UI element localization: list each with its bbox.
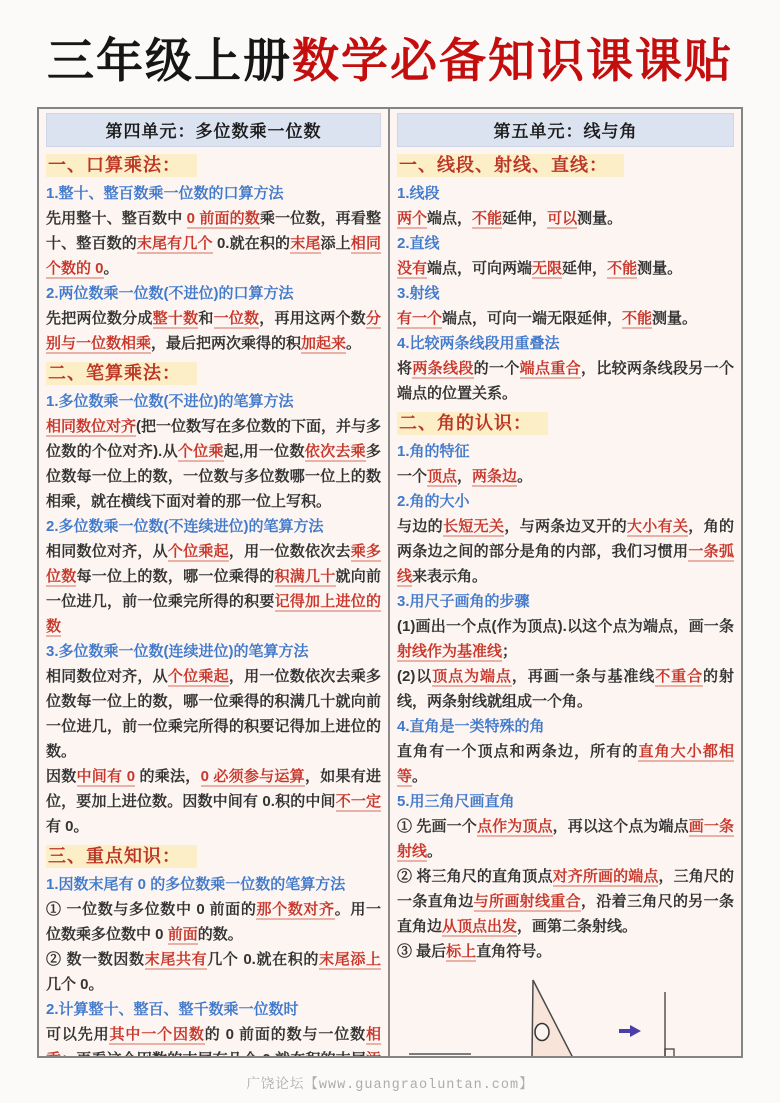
section-heading-text: 二、笔算乘法： xyxy=(46,362,197,385)
section-heading: 一、线段、射线、直线： xyxy=(397,151,734,179)
body-text: 的一个 xyxy=(474,360,520,377)
keyword-highlight: 末尾添上 xyxy=(319,951,381,970)
paragraph: ③ 最后标上直角符号。 xyxy=(397,939,734,964)
body-text: 每一位上的数，哪一位乘得的 xyxy=(76,568,274,585)
keyword-highlight: 前面 xyxy=(168,926,198,945)
paragraph: 两个端点，不能延伸，可以测量。 xyxy=(397,206,734,231)
subheading: 2.两位数乘一位数(不进位)的口算方法 xyxy=(46,281,381,306)
body-text: 一个 xyxy=(397,468,427,485)
body-text: 的 0 前面的数与一位数 xyxy=(205,1026,366,1043)
keyword-highlight: 标上 xyxy=(446,943,476,962)
diagram-svg xyxy=(397,974,735,1056)
subheading: 1.多位数乘一位数(不进位)的笔算方法 xyxy=(46,389,381,414)
content-panel: 第四单元：多位数乘一位数 一、口算乘法：1.整十、整百数乘一位数的口算方法先用整… xyxy=(37,107,743,1058)
body-text: 的乘法， xyxy=(135,768,200,785)
keyword-highlight: 不能 xyxy=(622,310,652,329)
paragraph: 先把两位数分成整十数和一位数，再用这两个数分别与一位数相乘，最后把两次乘得的积加… xyxy=(46,306,381,356)
paragraph: 相同数位对齐，从个位乘起，用一位数依次去乘多位数每一位上的数，哪一位乘得的积满几… xyxy=(46,664,381,764)
subheading: 2.角的大小 xyxy=(397,489,734,514)
body-text: ， xyxy=(457,468,472,485)
body-text: 起,用一位数 xyxy=(224,443,305,460)
body-text: 相同数位对齐，从 xyxy=(46,668,168,685)
body-text: 延伸， xyxy=(502,210,547,227)
page: { "title": { "black": "三年级上册", "red": "数… xyxy=(0,0,780,1103)
paragraph: (2)以顶点为端点，再画一条与基准线不重合的射线，两条射线就组成一个角。 xyxy=(397,664,734,714)
body-text: 的数。 xyxy=(198,926,243,943)
body-text: 因数 xyxy=(46,768,77,785)
body-text: ；再看这个因数的末尾有几个 0.就在积的末尾 xyxy=(61,1051,366,1056)
body-text: 直角有一个顶点和两条边，所有的 xyxy=(397,743,638,760)
keyword-highlight: 末尾 xyxy=(290,235,320,254)
subheading: 1.因数末尾有 0 的多位数乘一位数的笔算方法 xyxy=(46,872,381,897)
keyword-highlight: 一位数 xyxy=(214,310,260,329)
paragraph: 与边的长短无关，与两条边叉开的大小有关，角的两条边之间的部分是角的内部，我们习惯… xyxy=(397,514,734,589)
paragraph: 可以先用其中一个因数的 0 前面的数与一位数相乘；再看这个因数的末尾有几个 0.… xyxy=(46,1022,381,1056)
body-text: ，再以这个点为端点 xyxy=(553,818,689,835)
paragraph: 将两条线段的一个端点重合，比较两条线段另一个端点的位置关系。 xyxy=(397,356,734,406)
column-unit5: 第五单元：线与角 一、线段、射线、直线：1.线段两个端点，不能延伸，可以测量。2… xyxy=(390,109,741,1056)
body-text: 测量。 xyxy=(577,210,622,227)
body-text: 来表示角。 xyxy=(412,568,487,585)
keyword-highlight: 相同数位对齐 xyxy=(46,418,136,437)
unit5-blocks: 一、线段、射线、直线：1.线段两个端点，不能延伸，可以测量。2.直线没有端点，可… xyxy=(397,151,734,964)
subheading: 4.比较两条线段用重叠法 xyxy=(397,331,734,356)
subheading: 2.直线 xyxy=(397,231,734,256)
keyword-highlight: 顶点为端点 xyxy=(432,668,512,687)
subheading: 4.直角是一类特殊的角 xyxy=(397,714,734,739)
subheading: 1.整十、整百数乘一位数的口算方法 xyxy=(46,181,381,206)
keyword-highlight: 0 前面的数 xyxy=(187,210,260,229)
keyword-highlight: 顶点 xyxy=(427,468,457,487)
body-text: ① 先画一个 xyxy=(397,818,477,835)
footer-watermark: 广饶论坛【www.guangraoluntan.com】 xyxy=(0,1072,780,1093)
keyword-highlight: 有一个 xyxy=(397,310,442,329)
body-text: ② 数一数因数 xyxy=(46,951,145,968)
body-text: (2)以 xyxy=(397,668,432,685)
section-heading-text: 二、角的认识： xyxy=(397,412,548,435)
body-text: ① 一位数与多位数中 0 前面的 xyxy=(46,901,256,918)
subheading: 3.多位数乘一位数(连续进位)的笔算方法 xyxy=(46,639,381,664)
page-title-subject: 数学必备知识课课贴 xyxy=(292,36,733,88)
keyword-highlight: 其中一个因数 xyxy=(109,1026,204,1045)
paragraph: 相同数位对齐(把一位数写在多位数的下面，并与多位数的个位对齐).从个位乘起,用一… xyxy=(46,414,381,514)
keyword-highlight: 整十数 xyxy=(153,310,199,329)
keyword-highlight: 中间有 0 xyxy=(77,768,136,787)
keyword-highlight: 个位乘起 xyxy=(168,668,229,687)
unit5-header: 第五单元：线与角 xyxy=(397,113,734,147)
paragraph: 没有端点，可向两端无限延伸，不能测量。 xyxy=(397,256,734,281)
body-text: 端点， xyxy=(427,210,472,227)
section-heading-text: 一、口算乘法： xyxy=(46,154,197,177)
paragraph: 先用整十、整百数中 0 前面的数乘一位数，再看整十、整百数的末尾有几个 0.就在… xyxy=(46,206,381,281)
body-text: 。 xyxy=(104,260,119,277)
body-text: 和 xyxy=(198,310,213,327)
body-text: 0.就在积的 xyxy=(213,235,291,252)
column-unit4: 第四单元：多位数乘一位数 一、口算乘法：1.整十、整百数乘一位数的口算方法先用整… xyxy=(39,109,390,1056)
keyword-highlight: 无限 xyxy=(532,260,562,279)
keyword-highlight: 点作为顶点 xyxy=(477,818,553,837)
body-text: 。 xyxy=(517,468,532,485)
keyword-highlight: 从顶点出发 xyxy=(442,918,517,937)
body-text: ，与两条边叉开的 xyxy=(504,518,627,535)
body-text: ； xyxy=(502,643,517,660)
keyword-highlight: 两个 xyxy=(397,210,427,229)
body-text: ，最后把两次乘得的积 xyxy=(151,335,301,352)
section-heading: 一、口算乘法： xyxy=(46,151,381,179)
right-angle-icon xyxy=(665,992,727,1056)
paragraph: 有一个端点，可向一端无限延伸，不能测量。 xyxy=(397,306,734,331)
body-text: (1)画出一个点(作为顶点).以这个点为端点，画一条 xyxy=(397,618,734,635)
body-text: 直角符号。 xyxy=(476,943,551,960)
keyword-highlight: 不重合 xyxy=(655,668,703,687)
body-text: ，再画一条与基准线 xyxy=(512,668,655,685)
body-text: 将 xyxy=(397,360,412,377)
subheading: 5.用三角尺画直角 xyxy=(397,789,734,814)
paragraph: ② 将三角尺的直角顶点对齐所画的端点，三角尺的一条直角边与所画射线重合，沿着三角… xyxy=(397,864,734,939)
subheading: 1.角的特征 xyxy=(397,439,734,464)
body-text: 端点，可向两端 xyxy=(427,260,532,277)
keyword-highlight: 0 必须参与运算 xyxy=(201,768,305,787)
keyword-highlight: 两条边 xyxy=(472,468,517,487)
keyword-highlight: 射线作为基准线 xyxy=(397,643,502,662)
body-text: 可以先用 xyxy=(46,1026,109,1043)
keyword-highlight: 依次去乘 xyxy=(305,443,366,462)
body-text: 测量。 xyxy=(637,260,682,277)
section-heading: 二、角的认识： xyxy=(397,409,734,437)
keyword-highlight: 不能 xyxy=(472,210,502,229)
subheading: 3.射线 xyxy=(397,281,734,306)
keyword-highlight: 可以 xyxy=(547,210,577,229)
section-heading-text: 三、重点知识： xyxy=(46,845,197,868)
body-text: 先把两位数分成 xyxy=(46,310,153,327)
body-text: 添上 xyxy=(321,235,351,252)
section-heading: 三、重点知识： xyxy=(46,842,381,870)
body-text: 测量。 xyxy=(652,310,697,327)
subheading: 3.用尺子画角的步骤 xyxy=(397,589,734,614)
paragraph: ② 数一数因数末尾共有几个 0.就在积的末尾添上几个 0。 xyxy=(46,947,381,997)
keyword-highlight: 个位乘起 xyxy=(168,543,229,562)
triangle-ruler-icon xyxy=(532,980,573,1056)
keyword-highlight: 不能 xyxy=(607,260,637,279)
body-text: 先用整十、整百数中 xyxy=(46,210,187,227)
body-text: 。 xyxy=(346,335,361,352)
arrow-right-icon xyxy=(619,1025,641,1037)
subheading: 2.计算整十、整百、整千数乘一位数时 xyxy=(46,997,381,1022)
keyword-highlight: 加起来 xyxy=(301,335,346,354)
paragraph: 一个顶点，两条边。 xyxy=(397,464,734,489)
body-text: 有 0。 xyxy=(46,818,89,835)
body-text: 延伸， xyxy=(562,260,607,277)
keyword-highlight: 那个数对齐 xyxy=(256,901,334,920)
keyword-highlight: 与所画射线重合 xyxy=(474,893,581,912)
keyword-highlight: 长短无关 xyxy=(443,518,504,537)
paragraph: 因数中间有 0 的乘法，0 必须参与运算，如果有进位，要加上进位数。因数中间有 … xyxy=(46,764,381,839)
paragraph: (1)画出一个点(作为顶点).以这个点为端点，画一条射线作为基准线； xyxy=(397,614,734,664)
subheading: 1.线段 xyxy=(397,181,734,206)
keyword-highlight: 末尾共有 xyxy=(145,951,208,970)
body-text: ，画第二条射线。 xyxy=(517,918,637,935)
triangle-ruler-hole-icon xyxy=(535,1024,549,1041)
page-title: 三年级上册数学必备知识课课贴 xyxy=(0,24,780,91)
keyword-highlight: 不一定 xyxy=(336,793,381,812)
body-text: 几个 0。 xyxy=(46,976,104,993)
keyword-highlight: 没有 xyxy=(397,260,427,279)
body-text: 相同数位对齐，从 xyxy=(46,543,168,560)
body-text: 与边的 xyxy=(397,518,443,535)
keyword-highlight: 末尾有几个 xyxy=(137,235,213,254)
unit4-header: 第四单元：多位数乘一位数 xyxy=(46,113,381,147)
paragraph: 直角有一个顶点和两条边，所有的直角大小都相等。 xyxy=(397,739,734,789)
body-text: 端点，可向一端无限延伸， xyxy=(442,310,622,327)
body-text: 几个 0.就在积的 xyxy=(207,951,319,968)
keyword-highlight: 端点重合 xyxy=(520,360,581,379)
section-heading-text: 一、线段、射线、直线： xyxy=(397,154,624,177)
unit4-blocks: 一、口算乘法：1.整十、整百数乘一位数的口算方法先用整十、整百数中 0 前面的数… xyxy=(46,151,381,1056)
body-text: ③ 最后 xyxy=(397,943,446,960)
paragraph: ① 一位数与多位数中 0 前面的那个数对齐。用一位数乘多位数中 0 前面的数。 xyxy=(46,897,381,947)
section-heading: 二、笔算乘法： xyxy=(46,359,381,387)
body-text: ，用一位数依次去 xyxy=(229,543,351,560)
keyword-highlight: 积满几十 xyxy=(275,568,336,587)
keyword-highlight: 个位乘 xyxy=(178,443,224,462)
body-text: ② 将三角尺的直角顶点 xyxy=(397,868,553,885)
subheading: 2.多位数乘一位数(不连续进位)的笔算方法 xyxy=(46,514,381,539)
page-title-grade: 三年级上册 xyxy=(47,36,292,88)
body-text: 。 xyxy=(412,768,427,785)
paragraph: 相同数位对齐，从个位乘起，用一位数依次去乘多位数每一位上的数，哪一位乘得的积满几… xyxy=(46,539,381,639)
body-text: ，再用这两个数 xyxy=(259,310,366,327)
right-angle-drawing-diagram xyxy=(397,974,734,1056)
keyword-highlight: 大小有关 xyxy=(627,518,688,537)
keyword-highlight: 两条线段 xyxy=(412,360,473,379)
keyword-highlight: 对齐所画的端点 xyxy=(553,868,659,887)
body-text: 。 xyxy=(427,843,442,860)
paragraph: ① 先画一个点作为顶点，再以这个点为端点画一条射线。 xyxy=(397,814,734,864)
